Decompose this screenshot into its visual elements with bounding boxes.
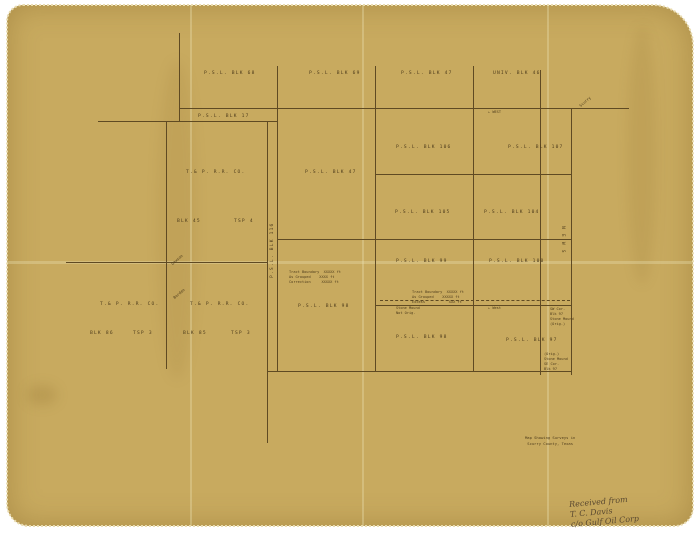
block-label: T.& P. R.R. CO. bbox=[100, 302, 160, 307]
block-label: BLK 85 bbox=[183, 331, 207, 336]
map-title-note: Map Showing Surveys in Scurry County, Te… bbox=[525, 435, 575, 447]
grid-line bbox=[375, 66, 376, 372]
stain bbox=[27, 385, 57, 405]
grid-line bbox=[267, 121, 268, 443]
grid-line bbox=[540, 70, 541, 375]
corner-note: SW Cor. Blk 97 Stone Mound (Orig.) bbox=[550, 307, 574, 327]
block-label: BLK 45 bbox=[177, 219, 201, 224]
grid-line bbox=[375, 174, 571, 175]
block-label: TSP 3 bbox=[231, 331, 251, 336]
block-label: T.& P. R.R. CO. bbox=[190, 302, 250, 307]
block-label: P.S.L. BLK 69 bbox=[309, 71, 361, 76]
block-label: TSP 4 bbox=[234, 219, 254, 224]
grid-line bbox=[98, 121, 277, 122]
grid-line bbox=[571, 108, 572, 375]
stain bbox=[627, 25, 657, 285]
bracket-note: Tract Boundary XXXXX ft As Grouped XXXX … bbox=[289, 270, 341, 285]
bracket-note: Tract Boundary XXXXX ft As Grouped XXXXX… bbox=[412, 290, 464, 305]
grid-line bbox=[277, 66, 278, 372]
dashed-line bbox=[380, 300, 570, 301]
block-label: TSP 3 bbox=[133, 331, 153, 336]
fold-line bbox=[547, 5, 549, 526]
block-label: P.S.L. BLK 68 bbox=[204, 71, 256, 76]
block-label: T.& P. R.R. CO. bbox=[186, 170, 246, 175]
fold-line bbox=[362, 5, 364, 526]
block-label: P.S.L. BLK 47 bbox=[401, 71, 453, 76]
vertical-edge-label: N E W S bbox=[560, 226, 565, 254]
block-label: P.S.L. BLK 99 bbox=[396, 259, 448, 264]
west-arrow-note: ← West bbox=[488, 306, 501, 311]
fold-line bbox=[190, 5, 192, 526]
block-label: P.S.L. BLK 100 bbox=[489, 259, 545, 264]
grid-line bbox=[179, 108, 629, 109]
block-label: P.S.L. BLK 97 bbox=[506, 338, 558, 343]
grid-line bbox=[473, 66, 474, 372]
handwritten-note: Received from T. C. Davis c/o Gulf Oil C… bbox=[569, 494, 640, 530]
vertical-block-label: P.S.L. BLK 116 bbox=[270, 222, 275, 278]
grid-line bbox=[66, 262, 267, 263]
block-label: P.S.L. BLK 106 bbox=[396, 145, 452, 150]
block-label: UNIV. BLK 46 bbox=[493, 71, 541, 76]
block-label: P.S.L. BLK 98 bbox=[298, 304, 350, 309]
grid-line bbox=[267, 371, 571, 372]
block-label: P.S.L. BLK 105 bbox=[395, 210, 451, 215]
block-label: BLK 86 bbox=[90, 331, 114, 336]
map-sheet bbox=[7, 5, 693, 526]
grid-line bbox=[277, 239, 571, 240]
block-label: P.S.L. BLK 107 bbox=[508, 145, 564, 150]
block-label: P.S.L. BLK 98 bbox=[396, 335, 448, 340]
corner-note: (Orig.) Stone Mound SE Cor. Blk 97 bbox=[544, 352, 568, 372]
stone-mound-note: Stone Mound Not Orig. bbox=[396, 306, 420, 316]
block-label: P.S.L. BLK 47 bbox=[305, 170, 357, 175]
block-label: P.S.L. BLK 17 bbox=[198, 114, 250, 119]
block-label: P.S.L. BLK 104 bbox=[484, 210, 540, 215]
grid-line bbox=[166, 121, 167, 369]
west-arrow-note: ← WEST bbox=[488, 110, 501, 115]
map-title-line: Scurry County, Texas bbox=[525, 441, 575, 447]
